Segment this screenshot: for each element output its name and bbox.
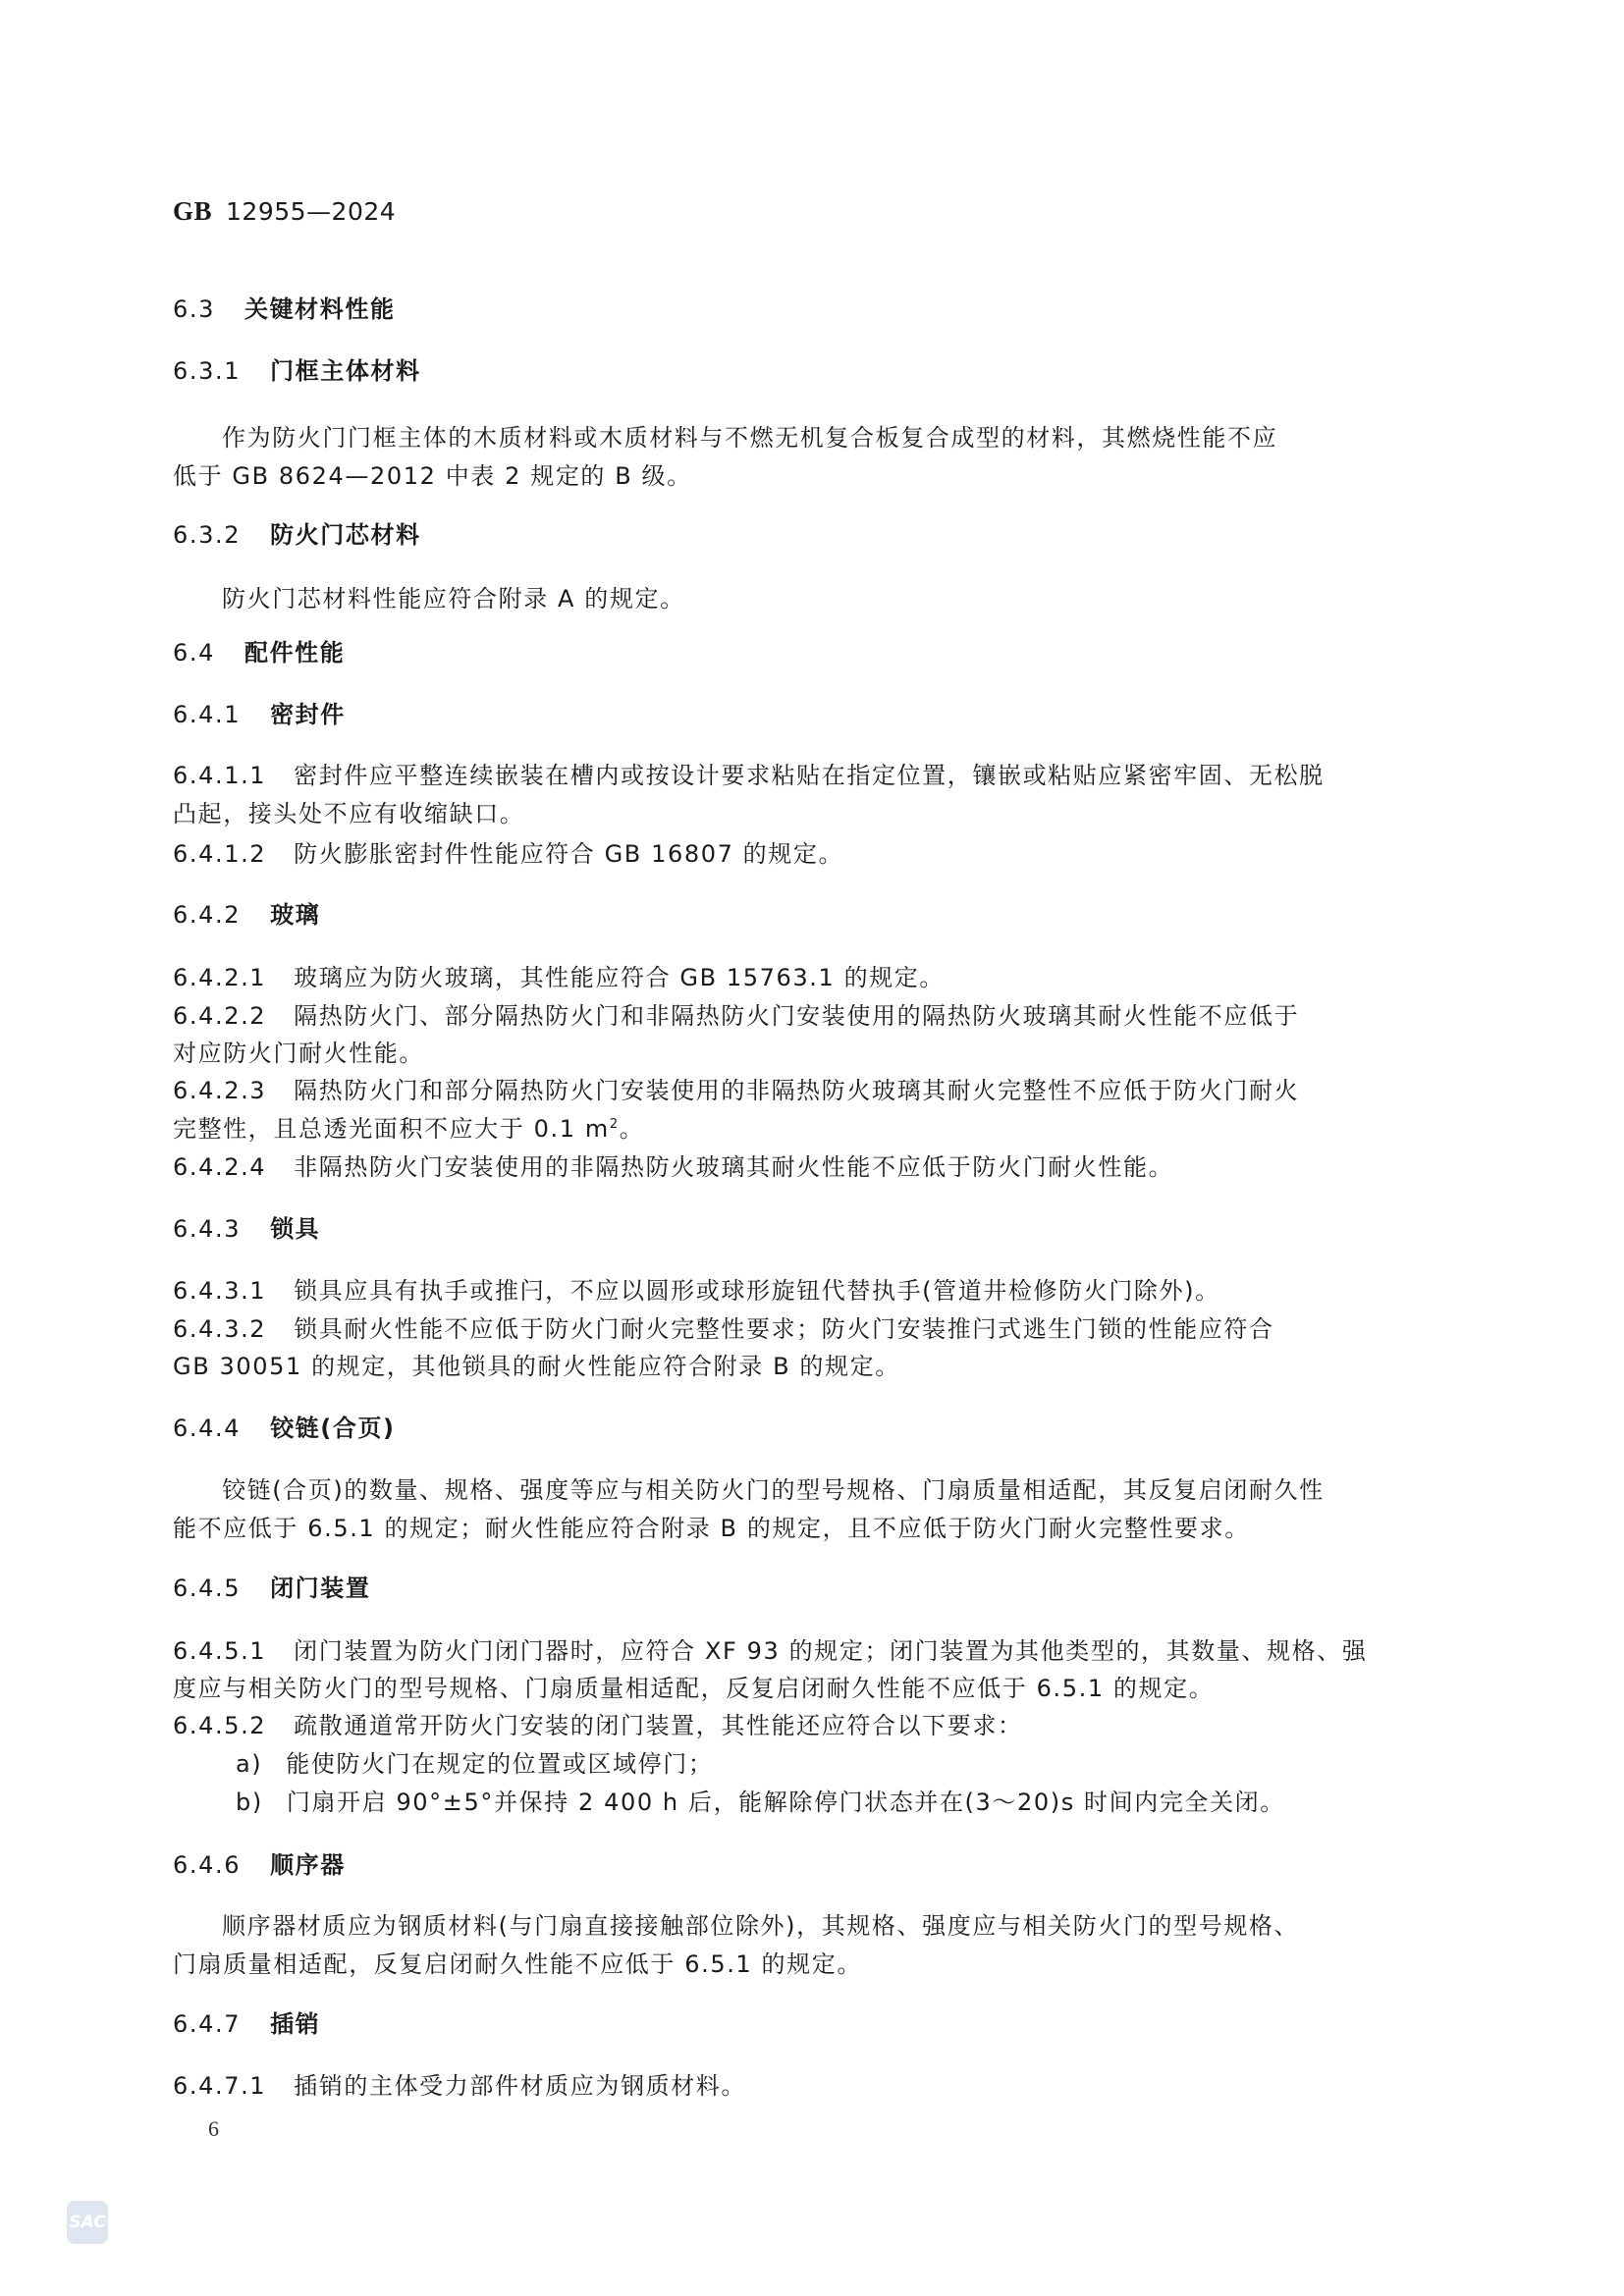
paragraph-line: GB 30051 的规定，其他锁具的耐火性能应符合附录 B 的规定。 [173,1352,900,1381]
section-title: 插销 [270,2010,320,2038]
section-number: 6.3.2 [173,520,241,550]
clause-6-4-5-2: 6.4.5.2疏散通道常开防火门安装的闭门装置，其性能还应符合以下要求： [173,1711,1023,1740]
section-title: 锁具 [270,1215,320,1243]
section-title: 关键材料性能 [244,295,396,323]
clause-number: 6.4.3.1 [173,1276,266,1306]
clause-text: 隔热防火门、部分隔热防火门和非隔热防火门安装使用的隔热防火玻璃其耐火性能不应低于 [294,1002,1299,1030]
paragraph-line: 顺序器材质应为钢质材料(与门扇直接接触部位除外)，其规格、强度应与相关防火门的型… [222,1911,1299,1941]
paragraph-line: 凸起，接头处不应有收缩缺口。 [173,799,524,828]
section-heading-6-4-5: 6.4.5闭门装置 [173,1574,370,1603]
paragraph-line: 防火门芯材料性能应符合附录 A 的规定。 [222,584,685,614]
clause-number: 6.4.3.2 [173,1314,266,1344]
list-item-a: a)能使防火门在规定的位置或区域停门； [236,1749,713,1779]
section-heading-6-3-1: 6.3.1门框主体材料 [173,356,421,386]
clause-6-4-2-4: 6.4.2.4非隔热防火门安装使用的非隔热防火玻璃其耐火性能不应低于防火门耐火性… [173,1152,1173,1182]
section-heading-6-4: 6.4配件性能 [173,638,345,667]
paragraph-line: 铰链(合页)的数量、规格、强度等应与相关防火门的型号规格、门扇质量相适配，其反复… [222,1475,1325,1505]
section-number: 6.4.5 [173,1574,241,1603]
list-text: 能使防火门在规定的位置或区域停门； [286,1750,713,1778]
section-number: 6.4.2 [173,900,241,930]
list-text: 门扇开启 90°±5°并保持 2 400 h 后，能解除停门状态并在(3～20)… [287,1789,1285,1816]
clause-text: 非隔热防火门安装使用的非隔热防火玻璃其耐火性能不应低于防火门耐火性能。 [294,1153,1173,1181]
clause-number: 6.4.5.1 [173,1636,266,1666]
section-title: 玻璃 [270,901,320,929]
clause-6-4-1-1: 6.4.1.1密封件应平整连续嵌装在槽内或按设计要求粘贴在指定位置，镶嵌或粘贴应… [173,761,1325,790]
section-heading-6-4-7: 6.4.7插销 [173,2009,320,2039]
paragraph-line: 度应与相关防火门的型号规格、门扇质量相适配，反复启闭耐久性能不应低于 6.5.1… [173,1674,1214,1703]
clause-text: 疏散通道常开防火门安装的闭门装置，其性能还应符合以下要求： [294,1712,1022,1739]
section-number: 6.3 [173,294,215,324]
section-number: 6.4.6 [173,1850,241,1880]
section-title: 顺序器 [270,1851,346,1879]
clause-number: 6.4.7.1 [173,2071,266,2101]
paragraph-line: 能不应低于 6.5.1 的规定；耐火性能应符合附录 B 的规定，且不应低于防火门… [173,1514,1250,1543]
list-item-b: b)门扇开启 90°±5°并保持 2 400 h 后，能解除停门状态并在(3～2… [236,1788,1285,1817]
standard-header: GB12955—2024 [173,196,396,227]
clause-text: 完整性，且总透光面积不应大于 0.1 m [173,1115,610,1143]
clause-6-4-3-1: 6.4.3.1锁具应具有执手或推闩，不应以圆形或球形旋钮代替执手(管道井检修防火… [173,1276,1220,1306]
clause-6-4-5-1: 6.4.5.1闭门装置为防火门闭门器时，应符合 XF 93 的规定；闭门装置为其… [173,1636,1367,1666]
list-label: b) [236,1788,263,1817]
standard-number: 12955—2024 [226,197,396,226]
paragraph-line: 作为防火门门框主体的木质材料或木质材料与不燃无机复合板复合成型的材料，其燃烧性能… [222,423,1277,453]
paragraph-line: 完整性，且总透光面积不应大于 0.1 m2。 [173,1114,644,1144]
paragraph-line: 门扇质量相适配，反复启闭耐久性能不应低于 6.5.1 的规定。 [173,1949,862,1979]
section-heading-6-4-2: 6.4.2玻璃 [173,900,320,930]
standard-prefix: GB [173,196,212,226]
section-number: 6.4.4 [173,1414,241,1443]
section-title: 铰链(合页) [270,1415,396,1442]
section-number: 6.4.3 [173,1214,241,1244]
section-number: 6.4.1 [173,700,241,729]
clause-text: 插销的主体受力部件材质应为钢质材料。 [294,2072,746,2100]
section-title: 配件性能 [244,639,345,667]
sac-logo-icon: SAC [67,2201,108,2244]
section-title: 防火门芯材料 [270,521,421,549]
section-title: 闭门装置 [270,1575,370,1602]
clause-text: 锁具应具有执手或推闩，不应以圆形或球形旋钮代替执手(管道井检修防火门除外)。 [294,1277,1220,1305]
clause-text: 密封件应平整连续嵌装在槽内或按设计要求粘贴在指定位置，镶嵌或粘贴应紧密牢固、无松… [294,762,1325,789]
paragraph-line: 对应防火门耐火性能。 [173,1039,424,1068]
clause-text: 闭门装置为防火门闭门器时，应符合 XF 93 的规定；闭门装置为其他类型的，其数… [294,1637,1367,1665]
clause-6-4-2-1: 6.4.2.1玻璃应为防火玻璃，其性能应符合 GB 15763.1 的规定。 [173,963,945,992]
clause-text: 防火膨胀密封件性能应符合 GB 16807 的规定。 [294,840,843,868]
clause-6-4-1-2: 6.4.1.2防火膨胀密封件性能应符合 GB 16807 的规定。 [173,839,843,869]
section-heading-6-3-2: 6.3.2防火门芯材料 [173,520,421,550]
section-heading-6-4-1: 6.4.1密封件 [173,700,346,729]
clause-6-4-2-3: 6.4.2.3隔热防火门和部分隔热防火门安装使用的非隔热防火玻璃其耐火完整性不应… [173,1076,1299,1105]
section-number: 6.4.7 [173,2009,241,2039]
document-page: GB12955—2024 6.3关键材料性能 6.3.1门框主体材料 作为防火门… [0,0,1624,2296]
section-heading-6-3: 6.3关键材料性能 [173,294,396,324]
clause-number: 6.4.5.2 [173,1711,266,1740]
clause-number: 6.4.2.3 [173,1076,266,1105]
clause-text: 锁具耐火性能不应低于防火门耐火完整性要求；防火门安装推闩式逃生门锁的性能应符合 [294,1315,1273,1343]
paragraph-line: 低于 GB 8624—2012 中表 2 规定的 B 级。 [173,461,692,491]
clause-number: 6.4.2.1 [173,963,266,992]
section-number: 6.3.1 [173,356,241,386]
section-title: 门框主体材料 [270,357,421,385]
clause-number: 6.4.2.2 [173,1001,266,1031]
clause-number: 6.4.2.4 [173,1152,266,1182]
clause-6-4-7-1: 6.4.7.1插销的主体受力部件材质应为钢质材料。 [173,2071,746,2101]
clause-text: 。 [620,1115,645,1143]
clause-text: 隔热防火门和部分隔热防火门安装使用的非隔热防火玻璃其耐火完整性不应低于防火门耐火 [294,1077,1299,1104]
clause-number: 6.4.1.1 [173,761,266,790]
list-label: a) [236,1749,262,1779]
page-number: 6 [208,2116,219,2142]
clause-6-4-3-2: 6.4.3.2锁具耐火性能不应低于防火门耐火完整性要求；防火门安装推闩式逃生门锁… [173,1314,1274,1344]
superscript: 2 [610,1117,620,1132]
clause-text: 玻璃应为防火玻璃，其性能应符合 GB 15763.1 的规定。 [294,964,945,991]
clause-number: 6.4.1.2 [173,839,266,869]
section-heading-6-4-4: 6.4.4铰链(合页) [173,1414,396,1443]
clause-6-4-2-2: 6.4.2.2隔热防火门、部分隔热防火门和非隔热防火门安装使用的隔热防火玻璃其耐… [173,1001,1299,1031]
section-title: 密封件 [270,701,346,728]
section-heading-6-4-3: 6.4.3锁具 [173,1214,320,1244]
section-heading-6-4-6: 6.4.6顺序器 [173,1850,346,1880]
section-number: 6.4 [173,638,215,667]
